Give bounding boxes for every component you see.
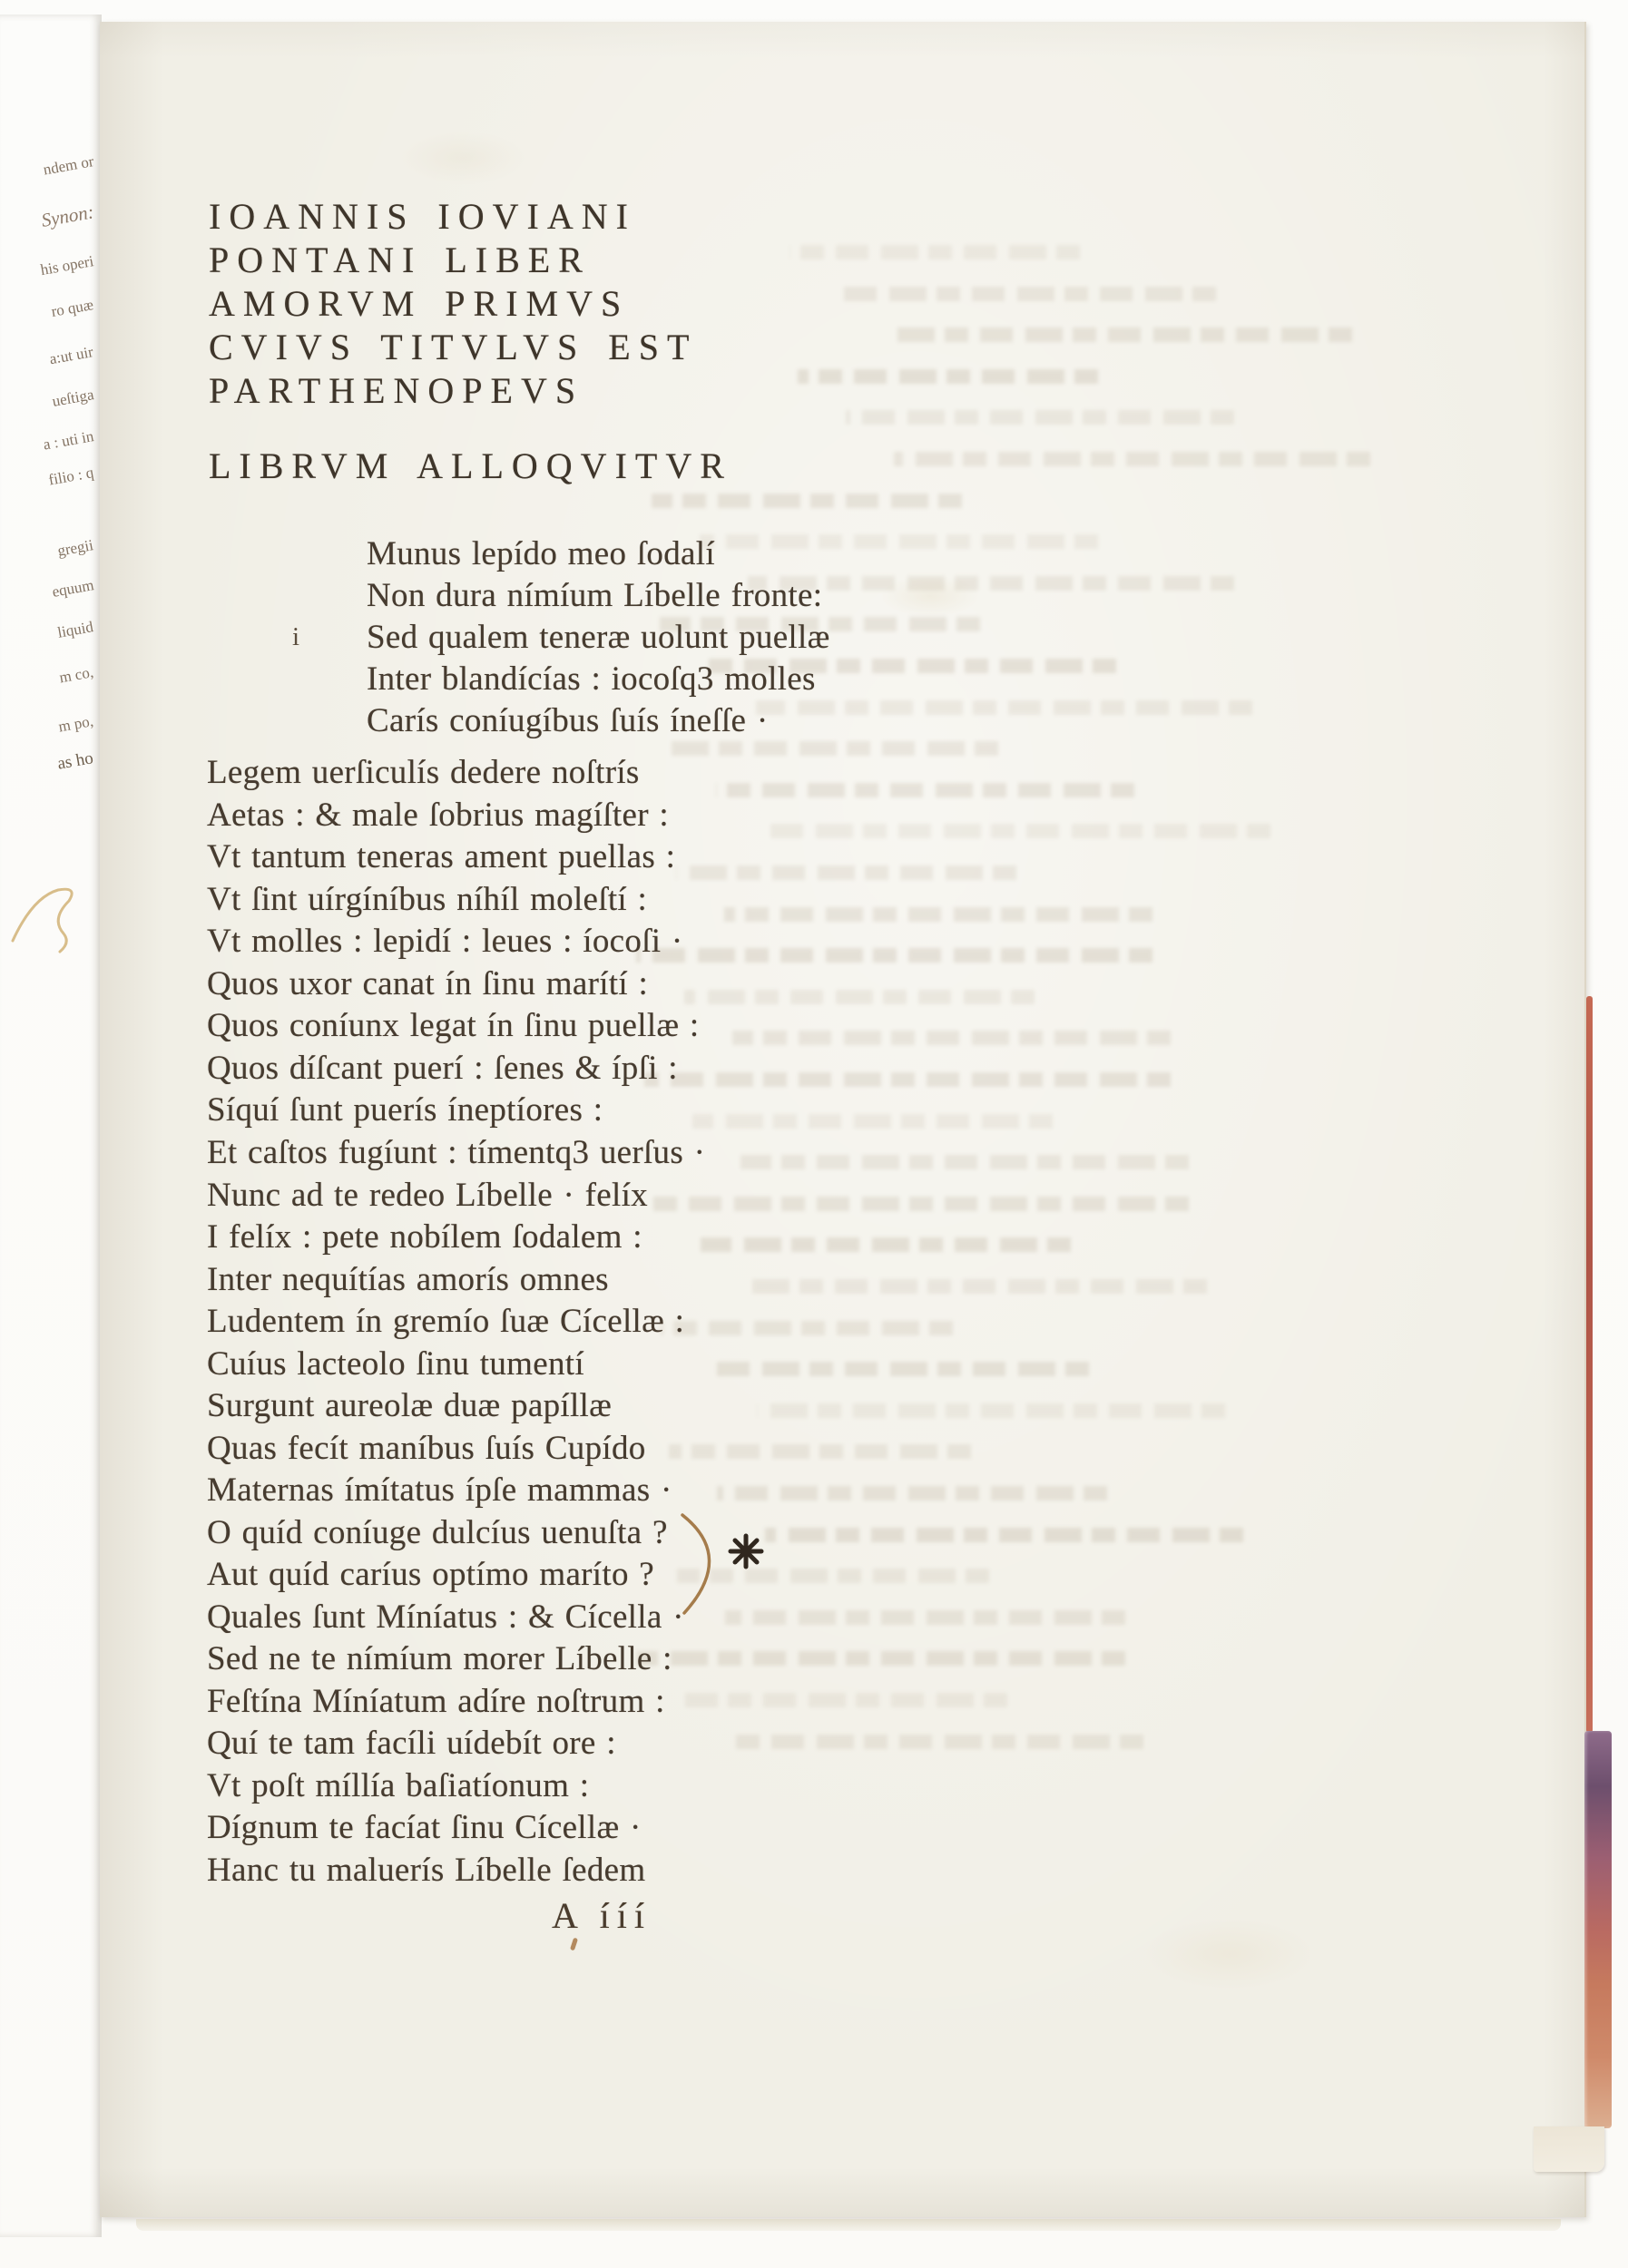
verse-line: Quales ſunt Míníatus : & Cícella · [207,1600,684,1634]
showthrough-line [661,1321,953,1335]
verse-line: Legem uerſiculís dedere noſtrís [207,756,640,789]
verse-line: I felíx : pete nobílem ſodalem : [207,1220,642,1254]
stanza-line: Sed qualem teneræ uolunt puellæ [367,621,830,654]
showthrough-line [764,824,1270,838]
showthrough-line [740,1155,1189,1169]
showthrough-line [894,452,1370,466]
verse-line: Vt ſint uírgíníbus níhíl moleſtí : [207,883,647,916]
page-edge-text-fragment: ndem or [42,152,95,179]
showthrough-line [668,741,998,756]
showthrough-line [846,410,1234,425]
underleaf-corner [1534,2126,1604,2172]
verse-line: Quos uxor canat ín ſinu marítí : [207,967,648,1001]
stanza-line: Carís coníugíbus ſuís íneſſe · [367,704,768,738]
showthrough-line [886,327,1352,342]
showthrough-line [756,700,1252,715]
showthrough-line [676,865,1016,880]
quire-signature: A ííí [552,1894,652,1937]
page-edge-text-fragment: m po, [57,712,95,736]
page-bottom-edge [136,2219,1561,2231]
underleaf-edge-red [1586,996,1593,1733]
page-edge-text-fragment: filio : q [47,464,95,489]
paper-stain [399,131,526,185]
verse-line: Cuíus lacteolo ſinu tumentí [207,1347,584,1381]
page-edge-text-fragment: a:ut uir [48,343,94,368]
stanza-line: Inter blandícías : iocoſq3 molles [367,662,816,696]
showthrough-line [644,1072,1171,1087]
title-line: IOANNIS IOVIANI [209,195,636,238]
verse-line: Sed ne te nímíum morer Líbelle : [207,1642,672,1676]
verse-line: Quas fecít maníbus ſuís Cupído [207,1432,646,1465]
showthrough-line [749,1279,1207,1294]
showthrough-line [716,783,1134,797]
page-edge-text-fragment: as ho [56,748,95,775]
page-edge-text-fragment: gregii [56,536,95,561]
showthrough-line [717,1486,1107,1501]
verse-line: Hanc tu maluerís Líbelle ſedem [207,1853,645,1887]
verse-line: O quíd coníuge dulcíus uenuſta ? [207,1516,668,1549]
page-edge-text-fragment: a : uti in [42,427,95,454]
showthrough-line [684,990,1035,1004]
underleaf-illuminated-edge [1584,1731,1612,2128]
verse-line: Quos díſcant puerí : ſenes & ípſi : [207,1051,678,1085]
title-line: PONTANI LIBER [209,239,591,281]
section-title: LIBRVM ALLOQVITVR [209,445,732,487]
verse-line: Surgunt aureolæ duæ papíllæ [207,1389,612,1422]
annotation-arc [682,1515,710,1613]
verse-line: Quos coníunx legat ín ſinu puellæ : [207,1009,700,1042]
verse-line: Nunc ad te redeo Líbelle · felíx [207,1178,648,1212]
verse-line: Maternas ímítatus ípſe mammas · [207,1473,672,1507]
facing-page-edge: ndem or Synon: his operi ro quæ a:ut uir… [0,15,102,2237]
showthrough-line [636,948,1152,963]
page-edge-text-fragment: m co, [58,663,95,687]
verse-line: Vt molles : lepidí : leues : íocoſi · [207,924,682,958]
page-edge-text-fragment: his operi [39,252,95,279]
showthrough-line [838,287,1216,301]
page-edge-text-fragment: Synon: [39,200,95,232]
verse-line: Vt poſt míllía baſiatíonum : [207,1769,589,1803]
verse-line: Inter nequítías amorís omnes [207,1263,609,1296]
title-line: AMORVM PRIMVS [209,282,629,325]
showthrough-line [701,1237,1071,1252]
stanza-line: Non dura nímíum Líbelle fronte: [367,579,822,612]
showthrough-line [669,1444,971,1459]
verse-line: Et caſtos fugíunt : tímentq3 uerſus · [207,1136,705,1169]
title-line: CVIVS TITVLVS EST [209,326,697,368]
stanza-line: Munus lepído meo ſodalí [367,537,715,571]
showthrough-line [724,907,1152,922]
asterisk-mark [731,1536,761,1567]
verse-line: Quí te tam facíli uídebít ore : [207,1726,616,1760]
photograph-backdrop: ndem or Synon: his operi ro quæ a:ut uir… [0,0,1628,2268]
showthrough-line [652,1197,1189,1211]
reader-annotation [644,1501,880,1637]
book-page: IOANNIS IOVIANI PONTANI LIBER AMORVM PRI… [100,22,1586,2217]
showthrough-line [637,1651,1125,1666]
verse-line: Síquí ſunt puerís íneptíores : [207,1093,603,1127]
paper-stain [1143,1918,1316,1990]
showthrough-line [685,1693,1007,1707]
title-line: PARTHENOPEVS [209,369,584,412]
ink-speck [570,1938,578,1951]
verse-line: Ludentem ín gremío ſuæ Cícellæ : [207,1305,684,1338]
marginal-handwriting-mark [5,854,96,963]
stanza-number: i [292,622,299,652]
showthrough-line [709,1362,1089,1376]
page-edge-text-fragment: ueſtiga [51,386,95,411]
verse-line: Dígnum te facíat ſinu Cícellæ · [207,1811,642,1844]
showthrough-line [692,1114,1053,1129]
showthrough-line [732,1031,1171,1045]
showthrough-line [733,1735,1143,1749]
showthrough-line [757,1403,1225,1418]
page-edge-text-fragment: liquid [56,618,95,642]
showthrough-line [789,245,1080,259]
paper-stain [880,575,980,617]
showthrough-line [652,494,962,508]
verse-line: Aut quíd caríus optímo maríto ? [207,1558,654,1591]
verse-line: Aetas : & male ſobrius magíſter : [207,798,669,832]
page-edge-text-fragment: ro quæ [50,296,95,321]
verse-line: Vt tantum teneras ament puellas : [207,840,675,874]
verse-line: Feſtína Míníatum adíre noſtrum : [207,1685,665,1718]
showthrough-line [700,534,1098,549]
showthrough-line [798,369,1098,384]
page-edge-text-fragment: equum [51,576,95,601]
